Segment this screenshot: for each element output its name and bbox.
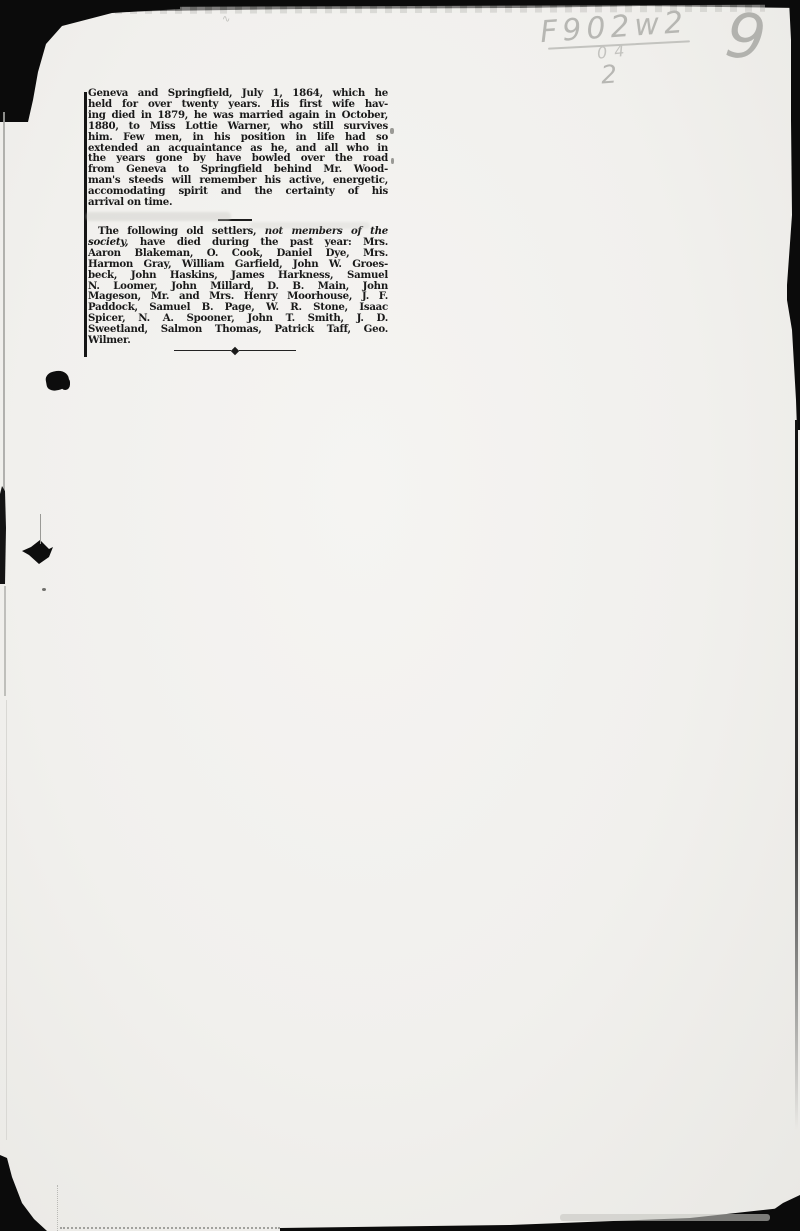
left-margin-line-dark-segment	[0, 486, 6, 584]
clipping-line: arrival on time.	[88, 197, 388, 208]
clipping-paragraph-obituary: Geneva and Springfield, July 1, 1864, wh…	[88, 88, 388, 208]
left-margin-line-faint	[6, 700, 7, 1140]
clipping-line: Harmon Gray, William Garfield, John W. G…	[88, 259, 388, 270]
scan-edge-bottom-gray-smudge	[560, 1214, 770, 1221]
clipping-line: him. Few men, in his position in life ha…	[88, 132, 388, 143]
end-divider-rule	[174, 347, 296, 354]
ink-blot	[22, 540, 53, 564]
clipping-line: beck, John Haskins, James Harkness, Samu…	[88, 270, 388, 281]
ink-speck	[391, 158, 394, 164]
ink-blot-tail-line	[40, 514, 41, 544]
scan-edge-bottom-dotted-line	[60, 1227, 280, 1229]
scanned-document-page: ∿ Geneva and Springfield, July 1, 1864, …	[0, 0, 800, 1231]
left-margin-line-lower	[4, 586, 6, 696]
scan-edge-bottom-left-corner	[0, 1155, 50, 1231]
left-margin-line	[3, 112, 5, 490]
pencil-page-number: 9	[722, 0, 770, 75]
ink-speck	[42, 588, 46, 591]
pencil-call-number-line3: 2	[600, 59, 618, 89]
gray-smudge	[250, 222, 370, 229]
left-margin-dotted-line-bottom	[57, 1185, 59, 1231]
ink-speck	[390, 128, 394, 134]
column-rule	[84, 92, 87, 357]
pencil-squiggle: ∿	[222, 14, 228, 25]
clipping-line: Sweetland, Salmon Thomas, Patrick Taff, …	[88, 324, 388, 335]
divider-line	[174, 350, 231, 352]
gray-smudge	[86, 212, 231, 221]
clipping-line: 1880, to Miss Lottie Warner, who still s…	[88, 121, 388, 132]
divider-line	[239, 350, 296, 352]
scan-edge-right	[778, 0, 800, 430]
scan-edge-right-thin-line	[795, 420, 798, 1130]
ink-blot	[60, 378, 70, 390]
clipping-paragraph-old-settlers: The following old settlers, not members …	[88, 226, 388, 346]
clipping-line: Wilmer.	[88, 335, 388, 346]
divider-diamond	[231, 346, 239, 354]
